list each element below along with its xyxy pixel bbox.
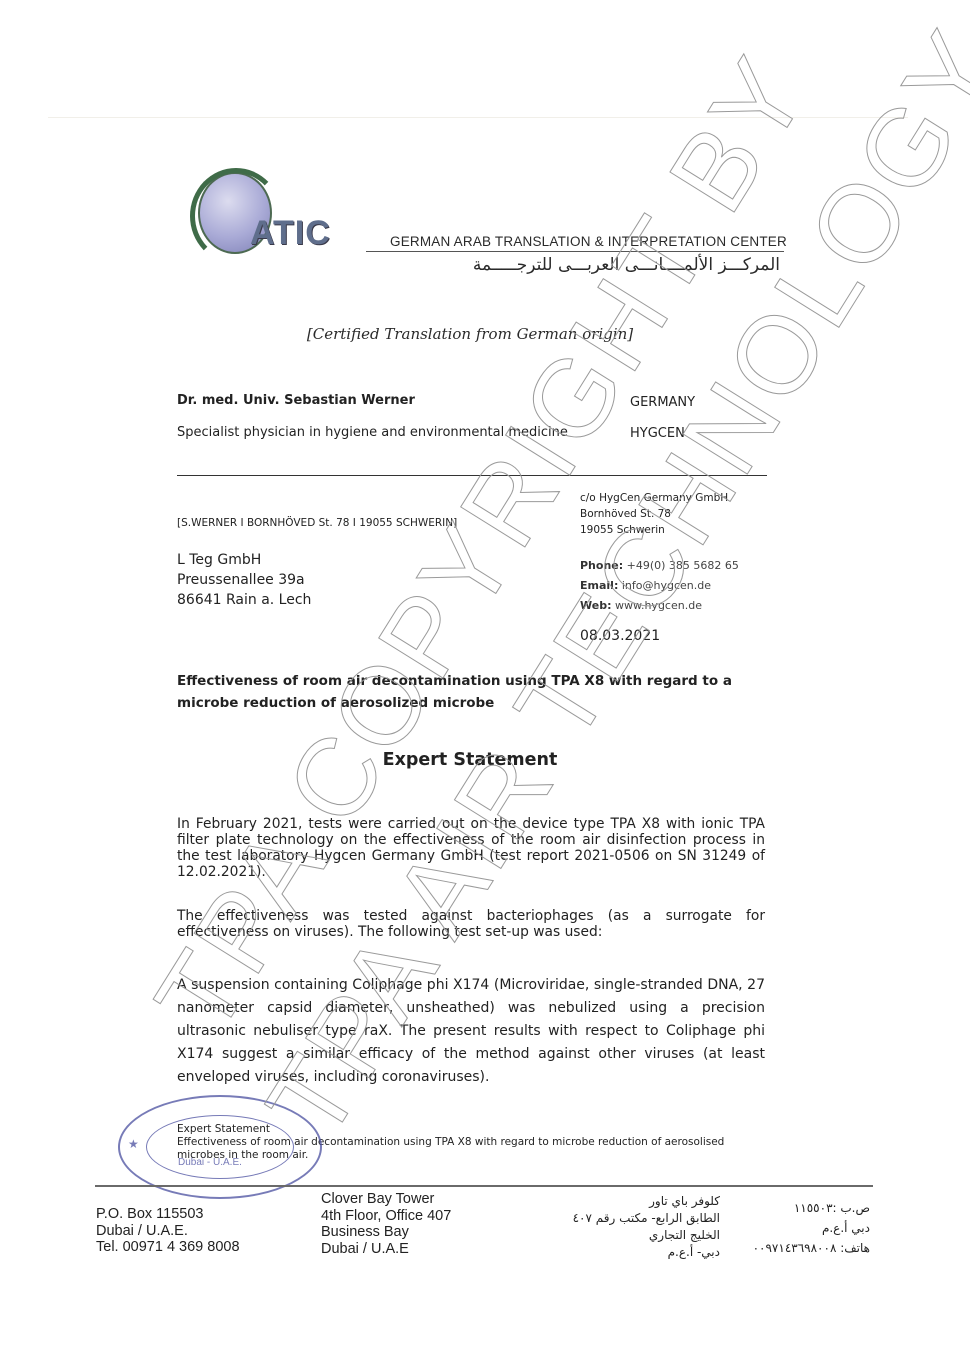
- footer-po-box-arabic: ص.ب :١١٥٥٠٣ دبي أ.ع.م هاتف: ٠٠٩٧١٤٣٦٩٨٠٠…: [730, 1198, 870, 1258]
- return-address: [S.WERNER I BORNHÖVED St. 78 I 19055 SCH…: [177, 517, 457, 529]
- footer-line: 4th Floor, Office 407: [321, 1208, 451, 1225]
- web-label: Web:: [580, 599, 611, 612]
- footer-line: هاتف: ٠٠٩٧١٤٣٦٩٨٠٠٨: [730, 1238, 870, 1258]
- document-heading: Expert Statement: [0, 750, 940, 770]
- co-line: 19055 Schwerin: [580, 522, 728, 538]
- paragraph: In February 2021, tests were carried out…: [177, 816, 765, 880]
- web-link[interactable]: www.hygcen.de: [615, 599, 702, 612]
- star-icon: ★: [128, 1137, 139, 1151]
- footer-office-address-arabic: كلوفر باي تاور الطابق الرابع- مكتب رقم ٤…: [520, 1193, 720, 1261]
- footer-line: الطابق الرابع- مكتب رقم ٤٠٧: [520, 1210, 720, 1227]
- translation-center-stamp: ★ Dubai - U.A.E.: [118, 1095, 322, 1199]
- page-top-edge: [48, 117, 908, 118]
- phone-line: Phone: +49(0) 385 5682 65: [580, 556, 739, 576]
- contact-block: Phone: +49(0) 385 5682 65 Email: info@hy…: [580, 556, 739, 616]
- footer-line: كلوفر باي تاور: [520, 1193, 720, 1210]
- footer-line: دبي أ.ع.م: [730, 1218, 870, 1238]
- sender-company: HYGCEN: [630, 426, 685, 441]
- footer-line: الخليج التجاري: [520, 1227, 720, 1244]
- email-line: Email: info@hygcen.de: [580, 576, 739, 596]
- organization-name: GERMAN ARAB TRANSLATION & INTERPRETATION…: [390, 234, 787, 249]
- sender-name: Dr. med. Univ. Sebastian Werner: [177, 393, 415, 408]
- logo-text: ATIC: [250, 214, 331, 253]
- footer-line: Business Bay: [321, 1224, 451, 1241]
- header-divider: [177, 475, 767, 476]
- footer-line: دبي- أ.ع.م: [520, 1244, 720, 1261]
- stamp-inner-ring: [146, 1115, 294, 1179]
- letter-date: 08.03.2021: [580, 628, 660, 644]
- sender-country: GERMANY: [630, 395, 695, 410]
- footer-line: Dubai / U.A.E.: [96, 1223, 240, 1240]
- stamp-text: Dubai - U.A.E.: [178, 1157, 242, 1168]
- recipient-address: L Teg GmbH Preussenallee 39a 86641 Rain …: [177, 550, 311, 610]
- paragraph: The effectiveness was tested against bac…: [177, 908, 765, 940]
- certified-translation-note: [Certified Translation from German origi…: [0, 325, 940, 343]
- organization-name-arabic: المركـــز الألمــــانـــى العربـــى للتر…: [390, 255, 780, 275]
- footer-divider: [95, 1185, 873, 1187]
- footer-office-address: Clover Bay Tower 4th Floor, Office 407 B…: [321, 1191, 451, 1257]
- letterhead-divider: [366, 251, 784, 252]
- footer-line: Clover Bay Tower: [321, 1191, 451, 1208]
- sender-title: Specialist physician in hygiene and envi…: [177, 425, 568, 440]
- atic-logo: ATIC: [186, 162, 366, 257]
- recipient-line: Preussenallee 39a: [177, 570, 311, 590]
- recipient-line: 86641 Rain a. Lech: [177, 590, 311, 610]
- footer-line: Dubai / U.A.E: [321, 1241, 451, 1258]
- co-line: Bornhöved St. 78: [580, 506, 728, 522]
- footer-line: ص.ب :١١٥٥٠٣: [730, 1198, 870, 1218]
- footer-line: Tel. 00971 4 369 8008: [96, 1239, 240, 1256]
- letter-subject: Effectiveness of room air decontaminatio…: [177, 670, 777, 714]
- phone-label: Phone:: [580, 559, 623, 572]
- phone-value: +49(0) 385 5682 65: [627, 559, 739, 572]
- web-line: Web: www.hygcen.de: [580, 596, 739, 616]
- co-line: c/o HygCen Germany GmbH: [580, 490, 728, 506]
- paragraph: A suspension containing Coliphage phi X1…: [177, 974, 765, 1089]
- email-label: Email:: [580, 579, 618, 592]
- email-link[interactable]: info@hygcen.de: [622, 579, 711, 592]
- footer-line: P.O. Box 115503: [96, 1206, 240, 1223]
- footer-po-box: P.O. Box 115503 Dubai / U.A.E. Tel. 0097…: [96, 1206, 240, 1256]
- care-of-address: c/o HygCen Germany GmbH Bornhöved St. 78…: [580, 490, 728, 538]
- recipient-line: L Teg GmbH: [177, 550, 311, 570]
